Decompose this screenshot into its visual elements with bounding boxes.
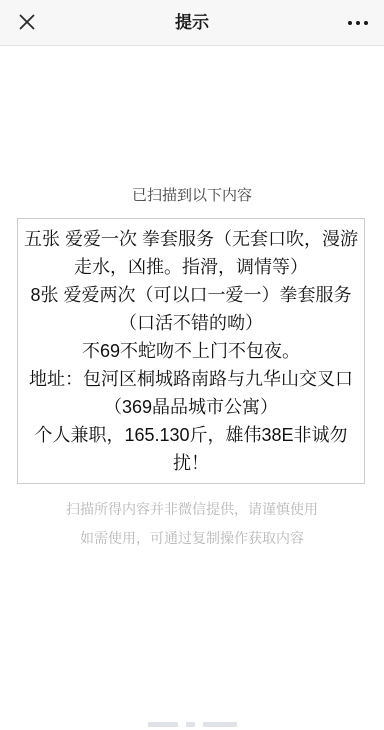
disclaimer-line-1: 扫描所得内容并非微信提供，请谨慎使用	[0, 495, 384, 524]
scanned-text-line: 扰！	[22, 449, 360, 477]
scanned-text-line: （369晶品城市公寓）	[22, 393, 360, 421]
nav-bar: 提示	[0, 0, 384, 46]
scanned-text-line: 五张 爱爱一次 拳套服务（无套口吹，漫游	[22, 225, 360, 253]
scanned-text-line: 8张 爱爱两次（可以口一爱一）拳套服务	[22, 281, 360, 309]
disclaimer-line-2: 如需使用，可通过复制操作获取内容	[0, 524, 384, 553]
scanned-text-box: 五张 爱爱一次 拳套服务（无套口吹，漫游 走水，凶推。指滑，调情等） 8张 爱爱…	[17, 218, 365, 484]
disclaimer-text: 扫描所得内容并非微信提供，请谨慎使用 如需使用，可通过复制操作获取内容	[0, 495, 384, 553]
dot	[348, 21, 352, 25]
scanned-text-line: 地址：包河区桐城路南路与九华山交叉口	[22, 365, 360, 393]
more-options-icon[interactable]	[348, 0, 368, 45]
scanned-text-line: （口活不错的呦）	[22, 309, 360, 337]
page-title: 提示	[0, 0, 384, 45]
scan-result-screen: 提示 已扫描到以下内容 五张 爱爱一次 拳套服务（无套口吹，漫游 走水，凶推。指…	[0, 0, 384, 730]
text-fragment	[203, 722, 237, 727]
dot	[364, 21, 368, 25]
text-fragment	[148, 722, 178, 727]
scanned-text-line: 走水，凶推。指滑，调情等）	[22, 253, 360, 281]
dot	[356, 21, 360, 25]
scanned-text-line: 个人兼职，165.130斤，雄伟38E非诚勿	[22, 421, 360, 449]
scanned-content-label: 已扫描到以下内容	[0, 184, 384, 205]
bottom-cutoff-text-fragment	[0, 722, 384, 730]
text-fragment	[186, 722, 195, 727]
scanned-text-line: 不69不蛇吻不上门不包夜。	[22, 337, 360, 365]
